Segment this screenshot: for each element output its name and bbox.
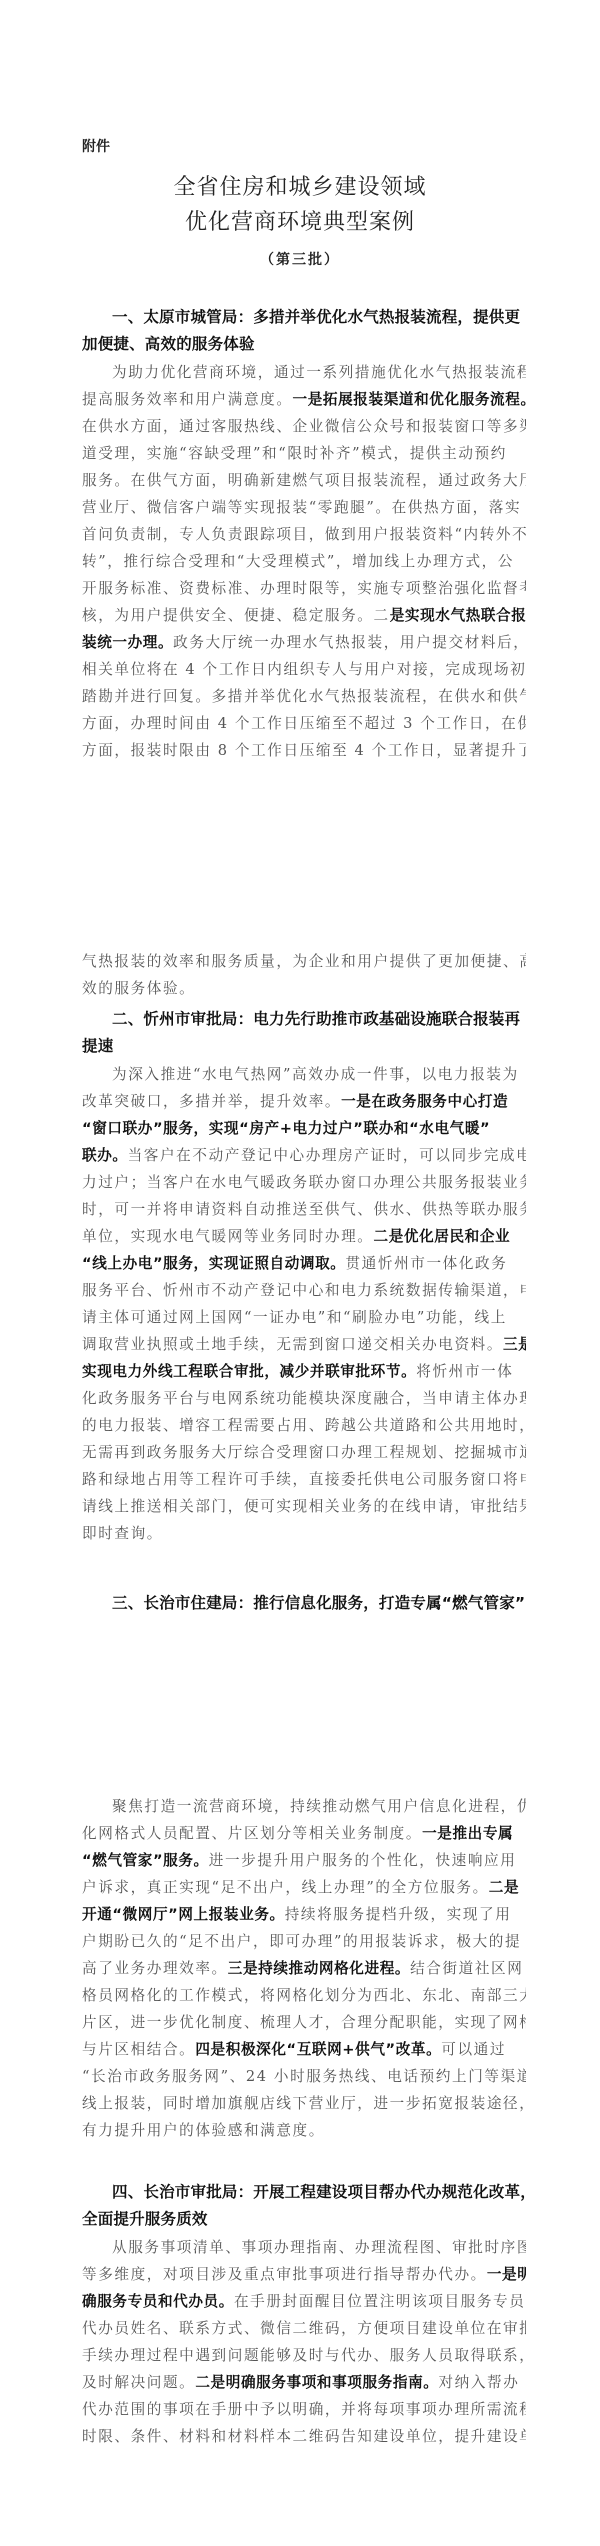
text-line: 及时解决问题。二是明确服务事项和事项服务指南。对纳入帮办 [82,2369,526,2396]
text-line: 有力提升用户的体验感和满意度。 [82,2117,526,2144]
bold-text: 二是 [489,1879,519,1896]
text-line: 聚焦打造一流营商环境，持续推动燃气用户信息化进程，优 [82,1793,526,1820]
text-line: 踏勘并进行回复。多措并举优化水气热报装流程，在供水和供气 [82,683,526,710]
text-line: 服务。在供气方面，明确新建燃气项目报装流程，通过政务大厅、 [82,467,526,494]
text-line: 方面，报装时限由 8 个工作日压缩至 4 个工作日，显著提升了水 [82,737,526,764]
text-line: 改革突破口，多措并举，提升效率。一是在政务服务中心打造 [82,1088,526,1115]
text-line: 请主体可通过网上国网“一证办电”和“刷脸办电”功能，线上 [82,1304,526,1331]
text-line: “燃气管家”服务。进一步提升用户服务的个性化，快速响应用 [82,1847,526,1874]
section-3-body-block: 聚焦打造一流营商环境，持续推动燃气用户信息化进程，优化网格式人员配置、片区划分等… [82,1793,526,2144]
text-line: 路和绿地占用等工程许可手续，直接委托供电公司服务窗口将申 [82,1466,526,1493]
body-text: 及时解决问题。 [82,2374,195,2391]
text-line: 道受理，实施“容缺受理”和“限时补齐”模式，提供主动预约 [82,440,526,467]
attachment-label: 附件 [82,136,110,156]
body-text: 线上报装，同时增加旗舰店线下营业厅，进一步拓宽报装途径， [82,2095,526,2112]
body-text: 进一步提升用户服务的个性化，快速响应用 [209,1852,517,1869]
text-line: “长治市政务服务网”、24 小时服务热线、电话预约上门等渠道 [82,2063,526,2090]
body-text: 营业厅、微信客户端等实现报装“零跑腿”。在供热方面，落实 [82,499,521,516]
text-line: 在供水方面，通过客服热线、企业微信公众号和报装窗口等多渠 [82,413,526,440]
body-text: 户期盼已久的“足不出户，即可办理”的用报装诉求，极大的提 [82,1933,521,1950]
text-line: 时，可一并将申请资料自动推送至供气、供水、供热等联办服务 [82,1196,526,1223]
body-text: 代办员姓名、联系方式、微信二维码，方便项目建设单位在审批 [82,2320,526,2337]
body-text: 单位，实现水电气暖网等业务同时办理。 [82,1228,374,1245]
section-1-heading-line2: 加便捷、高效的服务体验 [82,329,526,359]
bold-text: 一是推出专属 [422,1825,513,1842]
body-text: 在手册封面醒目位置注明该项目服务专员、 [234,2293,526,2310]
body-text: 聚焦打造一流营商环境，持续推动燃气用户信息化进程，优 [112,1798,526,1815]
body-text: 从服务事项清单、事项办理指南、办理流程图、审批时序图 [112,2239,526,2256]
section-4-heading-line2: 全面提升服务质效 [82,2204,526,2234]
body-text: 力过户；当客户在水电气暖政务联办窗口办理公共服务报装业务 [82,1174,526,1191]
section-1-continued: 气热报装的效率和服务质量，为企业和用户提供了更加便捷、高效的服务体验。 [82,948,526,1002]
body-text: 在供水方面，通过客服热线、企业微信公众号和报装窗口等多渠 [82,418,526,435]
body-text: 首问负责制，专人负责跟踪项目，做到用户报装资料“内转外不 [82,526,526,543]
body-text: 服务平台、忻州市不动产登记中心和电力系统数据传输渠道，申 [82,1282,526,1299]
body-text: 方面，报装时限由 8 个工作日压缩至 4 个工作日，显著提升了水 [82,742,526,759]
text-line: 化网格式人员配置、片区划分等相关业务制度。一是推出专属 [82,1820,526,1847]
section-1: 一、太原市城管局：多措并举优化水气热报装流程，提供更 加便捷、高效的服务体验 为… [82,302,526,764]
body-text: 方面，办理时间由 4 个工作日压缩至不超过 3 个工作日，在供热 [82,715,526,732]
body-text: 效的服务体验。 [82,980,195,997]
text-line: 调取营业执照或土地手续，无需到窗口递交相关办电资料。三是 [82,1331,526,1358]
body-text: 高了业务办理效率。 [82,1960,228,1977]
body-text: 片区，进一步优化制度、梳理人才，合理分配职能，实现了网格 [82,2014,526,2031]
bold-text: 一是在政务服务中心打造 [341,1093,508,1110]
section-1-body-page1: 为助力优化营商环境，通过一系列措施优化水气热报装流程，提高服务效率和用户满意度。… [82,359,526,764]
text-line: 转”，推行综合受理和“大受理模式”，增加线上办理方式，公 [82,548,526,575]
body-text: “长治市政务服务网”、24 小时服务热线、电话预约上门等渠道 [82,2068,526,2085]
bold-text: 四是积极深化“互联网+供气”改革。 [195,2041,441,2058]
text-line: 首问负责制，专人负责跟踪项目，做到用户报装资料“内转外不 [82,521,526,548]
body-text: 的电力报装、增容工程需要占用、跨越公共道路和公共用地时， [82,1417,526,1434]
text-line: 核，为用户提供安全、便捷、稳定服务。二是实现水气热联合报 [82,602,526,629]
text-line: 等多维度，对项目涉及重点审批事项进行指导帮办代办。一是明 [82,2261,526,2288]
body-text: 政务大厅统一办理水气热报装，用户提交材料后， [173,634,526,651]
body-text: 化政务服务平台与电网系统功能模块深度融合，当申请主体办理 [82,1390,526,1407]
body-text: 改革突破口，多措并举，提升效率。 [82,1093,341,1110]
text-line: 户诉求，真正实现“足不出户，线上办理”的全方位服务。二是 [82,1874,526,1901]
text-line: 从服务事项清单、事项办理指南、办理流程图、审批时序图 [82,2234,526,2261]
bold-text: 三是持续推动网格化进程。 [228,1960,410,1977]
text-line: 确服务专员和代办员。在手册封面醒目位置注明该项目服务专员、 [82,2288,526,2315]
section-2-heading-line1: 二、忻州市审批局：电力先行助推市政基础设施联合报装再 [82,1004,526,1034]
text-line: 力过户；当客户在水电气暖政务联办窗口办理公共服务报装业务 [82,1169,526,1196]
section-3-body: 聚焦打造一流营商环境，持续推动燃气用户信息化进程，优化网格式人员配置、片区划分等… [82,1793,526,2144]
body-text: 持续将服务提档升级，实现了用 [285,1906,512,1923]
body-text: 与片区相结合。 [82,2041,195,2058]
body-text: 手续办理过程中遇到问题能够及时与代办、服务人员取得联系， [82,2347,526,2364]
body-text: 户诉求，真正实现“足不出户，线上办理”的全方位服务。 [82,1879,489,1896]
body-text: 将忻州市一体 [416,1363,513,1380]
text-line: 与片区相结合。四是积极深化“互联网+供气”改革。可以通过 [82,2036,526,2063]
section-2-heading-line2: 提速 [82,1031,526,1061]
text-line: 格员网格化的工作模式，将网格化划分为西北、东北、南部三大 [82,1982,526,2009]
bold-text: 实现电力外线工程联合审批，减少并联审批环节。 [82,1363,416,1380]
body-text: 道受理，实施“容缺受理”和“限时补齐”模式，提供主动预约 [82,445,507,462]
text-line: “窗口联办”服务，实现“房产+电力过户”联办和“水电气暖” [82,1115,526,1142]
text-line: 手续办理过程中遇到问题能够及时与代办、服务人员取得联系， [82,2342,526,2369]
text-line: 化政务服务平台与电网系统功能模块深度融合，当申请主体办理 [82,1385,526,1412]
bold-text: “线上办电”服务，实现证照自动调取。 [82,1255,345,1272]
bold-text: 联办。 [82,1147,128,1164]
section-1-body-page2: 气热报装的效率和服务质量，为企业和用户提供了更加便捷、高效的服务体验。 [82,948,526,1002]
text-line: 气热报装的效率和服务质量，为企业和用户提供了更加便捷、高 [82,948,526,975]
text-line: 时限、条件、材料和材料样本二维码告知建设单位，提升建设单 [82,2423,526,2450]
body-text: 结合街道社区网 [410,1960,523,1977]
body-text: 踏勘并进行回复。多措并举优化水气热报装流程，在供水和供气 [82,688,526,705]
body-text: 当客户在不动产登记中心办理房产证时，可以同步完成电 [128,1147,526,1164]
bold-text: 二是优化居民和企业 [374,1228,511,1245]
body-text: 化网格式人员配置、片区划分等相关业务制度。 [82,1825,422,1842]
text-line: 方面，办理时间由 4 个工作日压缩至不超过 3 个工作日，在供热 [82,710,526,737]
text-line: 效的服务体验。 [82,975,526,1002]
text-line: 为助力优化营商环境，通过一系列措施优化水气热报装流程， [82,359,526,386]
section-3: 三、长治市住建局：推行信息化服务，打造专属“燃气管家” [82,1588,526,1618]
body-text: 对纳入帮办 [438,2374,519,2391]
body-text: 格员网格化的工作模式，将网格化划分为西北、东北、南部三大 [82,1987,526,2004]
document-title-line2: 优化营商环境典型案例 [0,205,600,236]
text-line: 为深入推进“水电气热网”高效办成一件事，以电力报装为 [82,1061,526,1088]
body-text: 气热报装的效率和服务质量，为企业和用户提供了更加便捷、高 [82,953,526,970]
text-line: 的电力报装、增容工程需要占用、跨越公共道路和公共用地时， [82,1412,526,1439]
bold-text: 装统一办理。 [82,634,173,651]
text-line: “线上办电”服务，实现证照自动调取。贯通忻州市一体化政务 [82,1250,526,1277]
section-2: 二、忻州市审批局：电力先行助推市政基础设施联合报装再 提速 为深入推进“水电气热… [82,1004,526,1547]
body-text: 提高服务效率和用户满意度。 [82,391,293,408]
body-text: 可以通过 [441,2041,506,2058]
bold-text: 三是 [503,1336,526,1353]
text-line: 片区，进一步优化制度、梳理人才，合理分配职能，实现了网格 [82,2009,526,2036]
bold-text: 开通“微网厅”网上报装业务。 [82,1906,285,1923]
text-line: 提高服务效率和用户满意度。一是拓展报装渠道和优化服务流程。 [82,386,526,413]
body-text: 时限、条件、材料和材料样本二维码告知建设单位，提升建设单 [82,2428,526,2445]
section-4-body: 从服务事项清单、事项办理指南、办理流程图、审批时序图等多维度，对项目涉及重点审批… [82,2234,526,2450]
body-text: 请主体可通过网上国网“一证办电”和“刷脸办电”功能，线上 [82,1309,507,1326]
body-text: 有力提升用户的体验感和满意度。 [82,2122,325,2139]
batch-subtitle: （第三批） [0,249,600,269]
section-4-heading-line1: 四、长治市审批局：开展工程建设项目帮办代办规范化改革， [82,2177,526,2207]
text-line: 开通“微网厅”网上报装业务。持续将服务提档升级，实现了用 [82,1901,526,1928]
section-3-heading: 三、长治市住建局：推行信息化服务，打造专属“燃气管家” [82,1588,526,1618]
body-text: 开服务标准、资费标准、办理时限等，实施专项整治强化监督考 [82,580,526,597]
body-text: 转”，推行综合受理和“大受理模式”，增加线上办理方式，公 [82,553,514,570]
text-line: 代办员姓名、联系方式、微信二维码，方便项目建设单位在审批 [82,2315,526,2342]
bold-text: 一是拓展报装渠道和优化服务流程。 [293,391,526,408]
text-line: 请线上推送相关部门，便可实现相关业务的在线申请，审批结果 [82,1493,526,1520]
bold-text: 二是明确服务事项和事项服务指南。 [195,2374,438,2391]
bold-text: 是实现水气热联合报 [390,607,526,624]
body-text: 调取营业执照或土地手续，无需到窗口递交相关办电资料。 [82,1336,503,1353]
body-text: 等多维度，对项目涉及重点审批事项进行指导帮办代办。 [82,2266,487,2283]
text-line: 开服务标准、资费标准、办理时限等，实施专项整治强化监督考 [82,575,526,602]
section-1-heading-line1: 一、太原市城管局：多措并举优化水气热报装流程，提供更 [82,302,526,332]
body-text: 核，为用户提供安全、便捷、稳定服务。二 [82,607,390,624]
text-line: 实现电力外线工程联合审批，减少并联审批环节。将忻州市一体 [82,1358,526,1385]
text-line: 即时查询。 [82,1520,526,1547]
section-4: 四、长治市审批局：开展工程建设项目帮办代办规范化改革， 全面提升服务质效 从服务… [82,2177,526,2450]
text-line: 无需再到政务服务大厅综合受理窗口办理工程规划、挖掘城市道 [82,1439,526,1466]
body-text: 服务。在供气方面，明确新建燃气项目报装流程，通过政务大厅、 [82,472,526,489]
text-line: 户期盼已久的“足不出户，即可办理”的用报装诉求，极大的提 [82,1928,526,1955]
body-text: 相关单位将在 4 个工作日内组织专人与用户对接，完成现场初步 [82,661,526,678]
bold-text: “窗口联办”服务，实现“房产+电力过户”联办和“水电气暖” [82,1120,490,1137]
body-text: 无需再到政务服务大厅综合受理窗口办理工程规划、挖掘城市道 [82,1444,526,1461]
body-text: 路和绿地占用等工程许可手续，直接委托供电公司服务窗口将申 [82,1471,526,1488]
text-line: 单位，实现水电气暖网等业务同时办理。二是优化居民和企业 [82,1223,526,1250]
body-text: 贯通忻州市一体化政务 [345,1255,507,1272]
text-line: 相关单位将在 4 个工作日内组织专人与用户对接，完成现场初步 [82,656,526,683]
text-line: 线上报装，同时增加旗舰店线下营业厅，进一步拓宽报装途径， [82,2090,526,2117]
text-line: 代办范围的事项在手册中予以明确，并将每项事项办理所需流程、 [82,2396,526,2423]
body-text: 为助力优化营商环境，通过一系列措施优化水气热报装流程， [112,364,526,381]
body-text: 代办范围的事项在手册中予以明确，并将每项事项办理所需流程、 [82,2401,526,2418]
body-text: 时，可一并将申请资料自动推送至供气、供水、供热等联办服务 [82,1201,526,1218]
bold-text: 确服务专员和代办员。 [82,2293,234,2310]
text-line: 装统一办理。政务大厅统一办理水气热报装，用户提交材料后， [82,629,526,656]
text-line: 联办。当客户在不动产登记中心办理房产证时，可以同步完成电 [82,1142,526,1169]
text-line: 营业厅、微信客户端等实现报装“零跑腿”。在供热方面，落实 [82,494,526,521]
body-text: 即时查询。 [82,1525,163,1542]
bold-text: 一是明 [487,2266,526,2283]
section-2-body: 为深入推进“水电气热网”高效办成一件事，以电力报装为改革突破口，多措并举，提升效… [82,1061,526,1547]
body-text: 请线上推送相关部门，便可实现相关业务的在线申请，审批结果 [82,1498,526,1515]
document-title-line1: 全省住房和城乡建设领域 [0,170,600,201]
text-line: 高了业务办理效率。三是持续推动网格化进程。结合街道社区网 [82,1955,526,1982]
text-line: 服务平台、忻州市不动产登记中心和电力系统数据传输渠道，申 [82,1277,526,1304]
body-text: 为深入推进“水电气热网”高效办成一件事，以电力报装为 [112,1066,519,1083]
bold-text: “燃气管家”服务。 [82,1852,209,1869]
